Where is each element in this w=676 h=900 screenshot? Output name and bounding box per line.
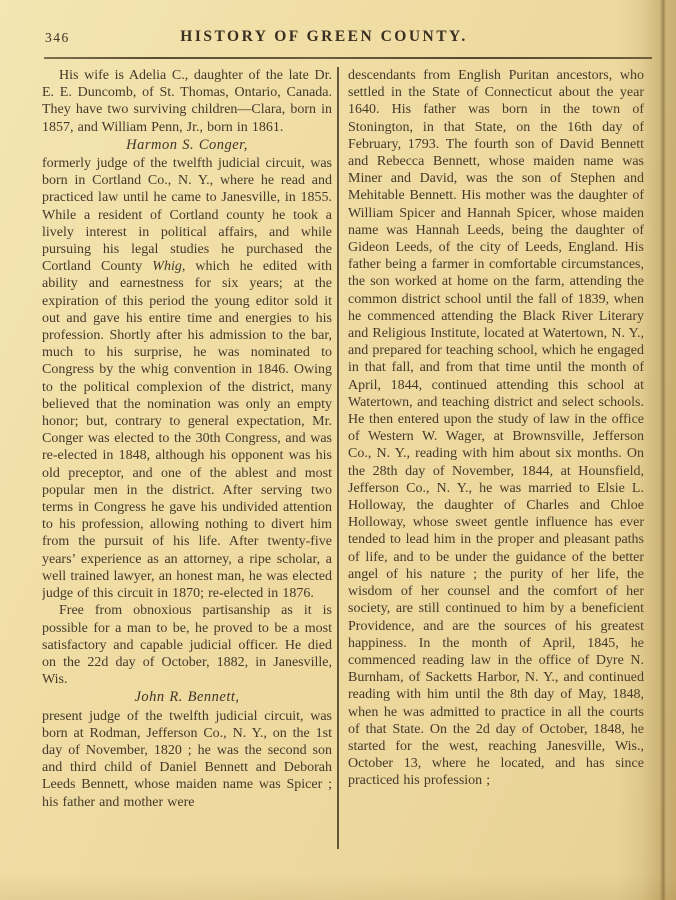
header-rule — [44, 57, 652, 59]
text-columns: His wife is Adelia C., daughter of the l… — [42, 67, 642, 851]
right-column: descendants from English Puritan ancesto… — [348, 67, 644, 851]
scan-bottom-shadow — [0, 874, 676, 900]
paragraph-wife-family: His wife is Adelia C., daughter of the l… — [42, 67, 332, 136]
book-page-scan: 346 HISTORY OF GREEN COUNTY. His wife is… — [0, 0, 676, 900]
section-heading-harmon-s-conger: Harmon S. Conger, — [42, 137, 332, 154]
whig-newspaper-name: Whig — [152, 259, 182, 274]
conger-bio-text-before-whig: formerly judge of the twelfth judicial c… — [42, 156, 332, 274]
page-header-title: HISTORY OF GREEN COUNTY. — [0, 28, 648, 46]
paragraph-conger-biography: formerly judge of the twelfth judicial c… — [42, 155, 332, 602]
left-column: His wife is Adelia C., daughter of the l… — [42, 67, 332, 851]
paragraph-bennett-birth: present judge of the twelfth judicial ci… — [42, 708, 332, 811]
paragraph-conger-death: Free from obnoxious partisanship as it i… — [42, 602, 332, 688]
conger-bio-text-after-whig: , which he edited with ability and earne… — [42, 259, 332, 601]
paragraph-bennett-ancestry-career: descendants from English Puritan ancesto… — [348, 67, 644, 790]
column-divider-rule — [337, 67, 339, 849]
section-heading-john-r-bennett: John R. Bennett, — [42, 689, 332, 706]
